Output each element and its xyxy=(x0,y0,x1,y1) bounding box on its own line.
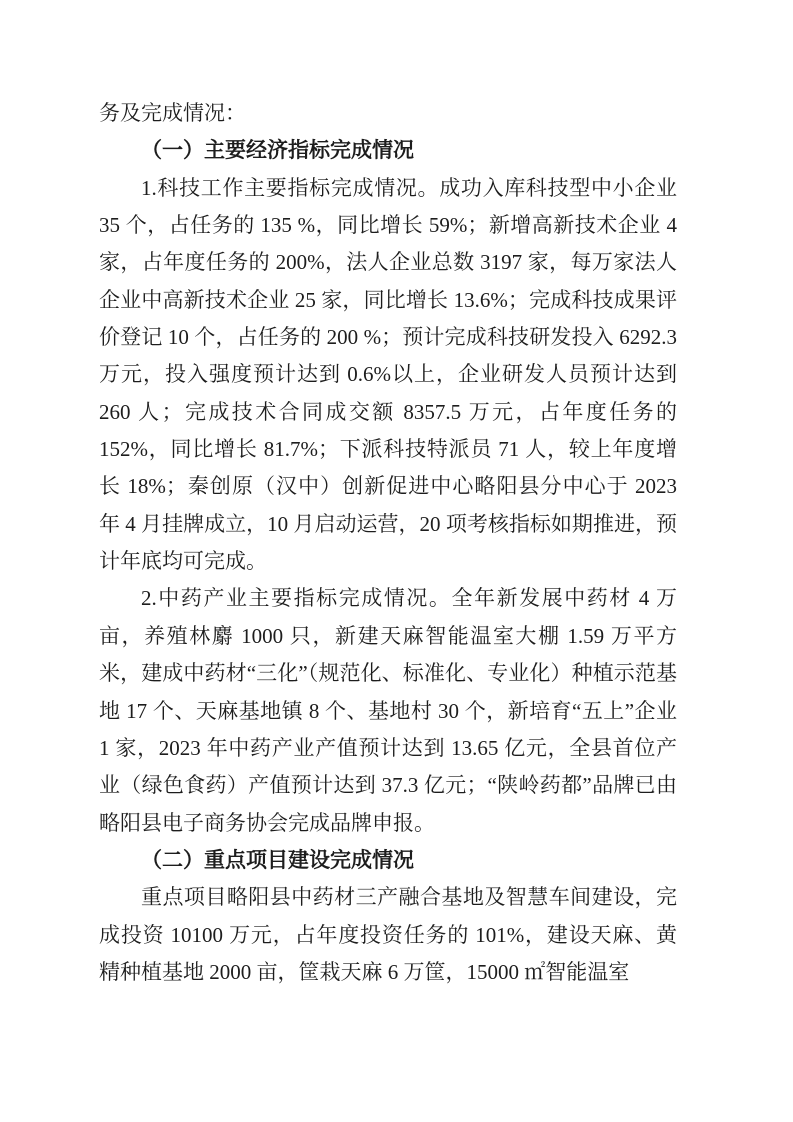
paragraph-key-project-progress: 重点项目略阳县中药材三产融合基地及智慧车间建设，完成投资 10100 万元，占年… xyxy=(99,879,677,991)
paragraph-tech-work-indicators: 1.科技工作主要指标完成情况。成功入库科技型中小企业 35 个，占任务的 135… xyxy=(99,170,677,581)
paragraph-continuation: 务及完成情况： xyxy=(99,95,677,132)
section-heading-economic-indicators: （一）主要经济指标完成情况 xyxy=(99,132,677,169)
document-content: 务及完成情况： （一）主要经济指标完成情况 1.科技工作主要指标完成情况。成功入… xyxy=(99,95,677,991)
document-page: 务及完成情况： （一）主要经济指标完成情况 1.科技工作主要指标完成情况。成功入… xyxy=(0,0,793,1122)
paragraph-tcm-industry-indicators: 2.中药产业主要指标完成情况。全年新发展中药材 4 万亩，养殖林麝 1000 只… xyxy=(99,580,677,841)
section-heading-key-projects: （二）重点项目建设完成情况 xyxy=(99,842,677,879)
